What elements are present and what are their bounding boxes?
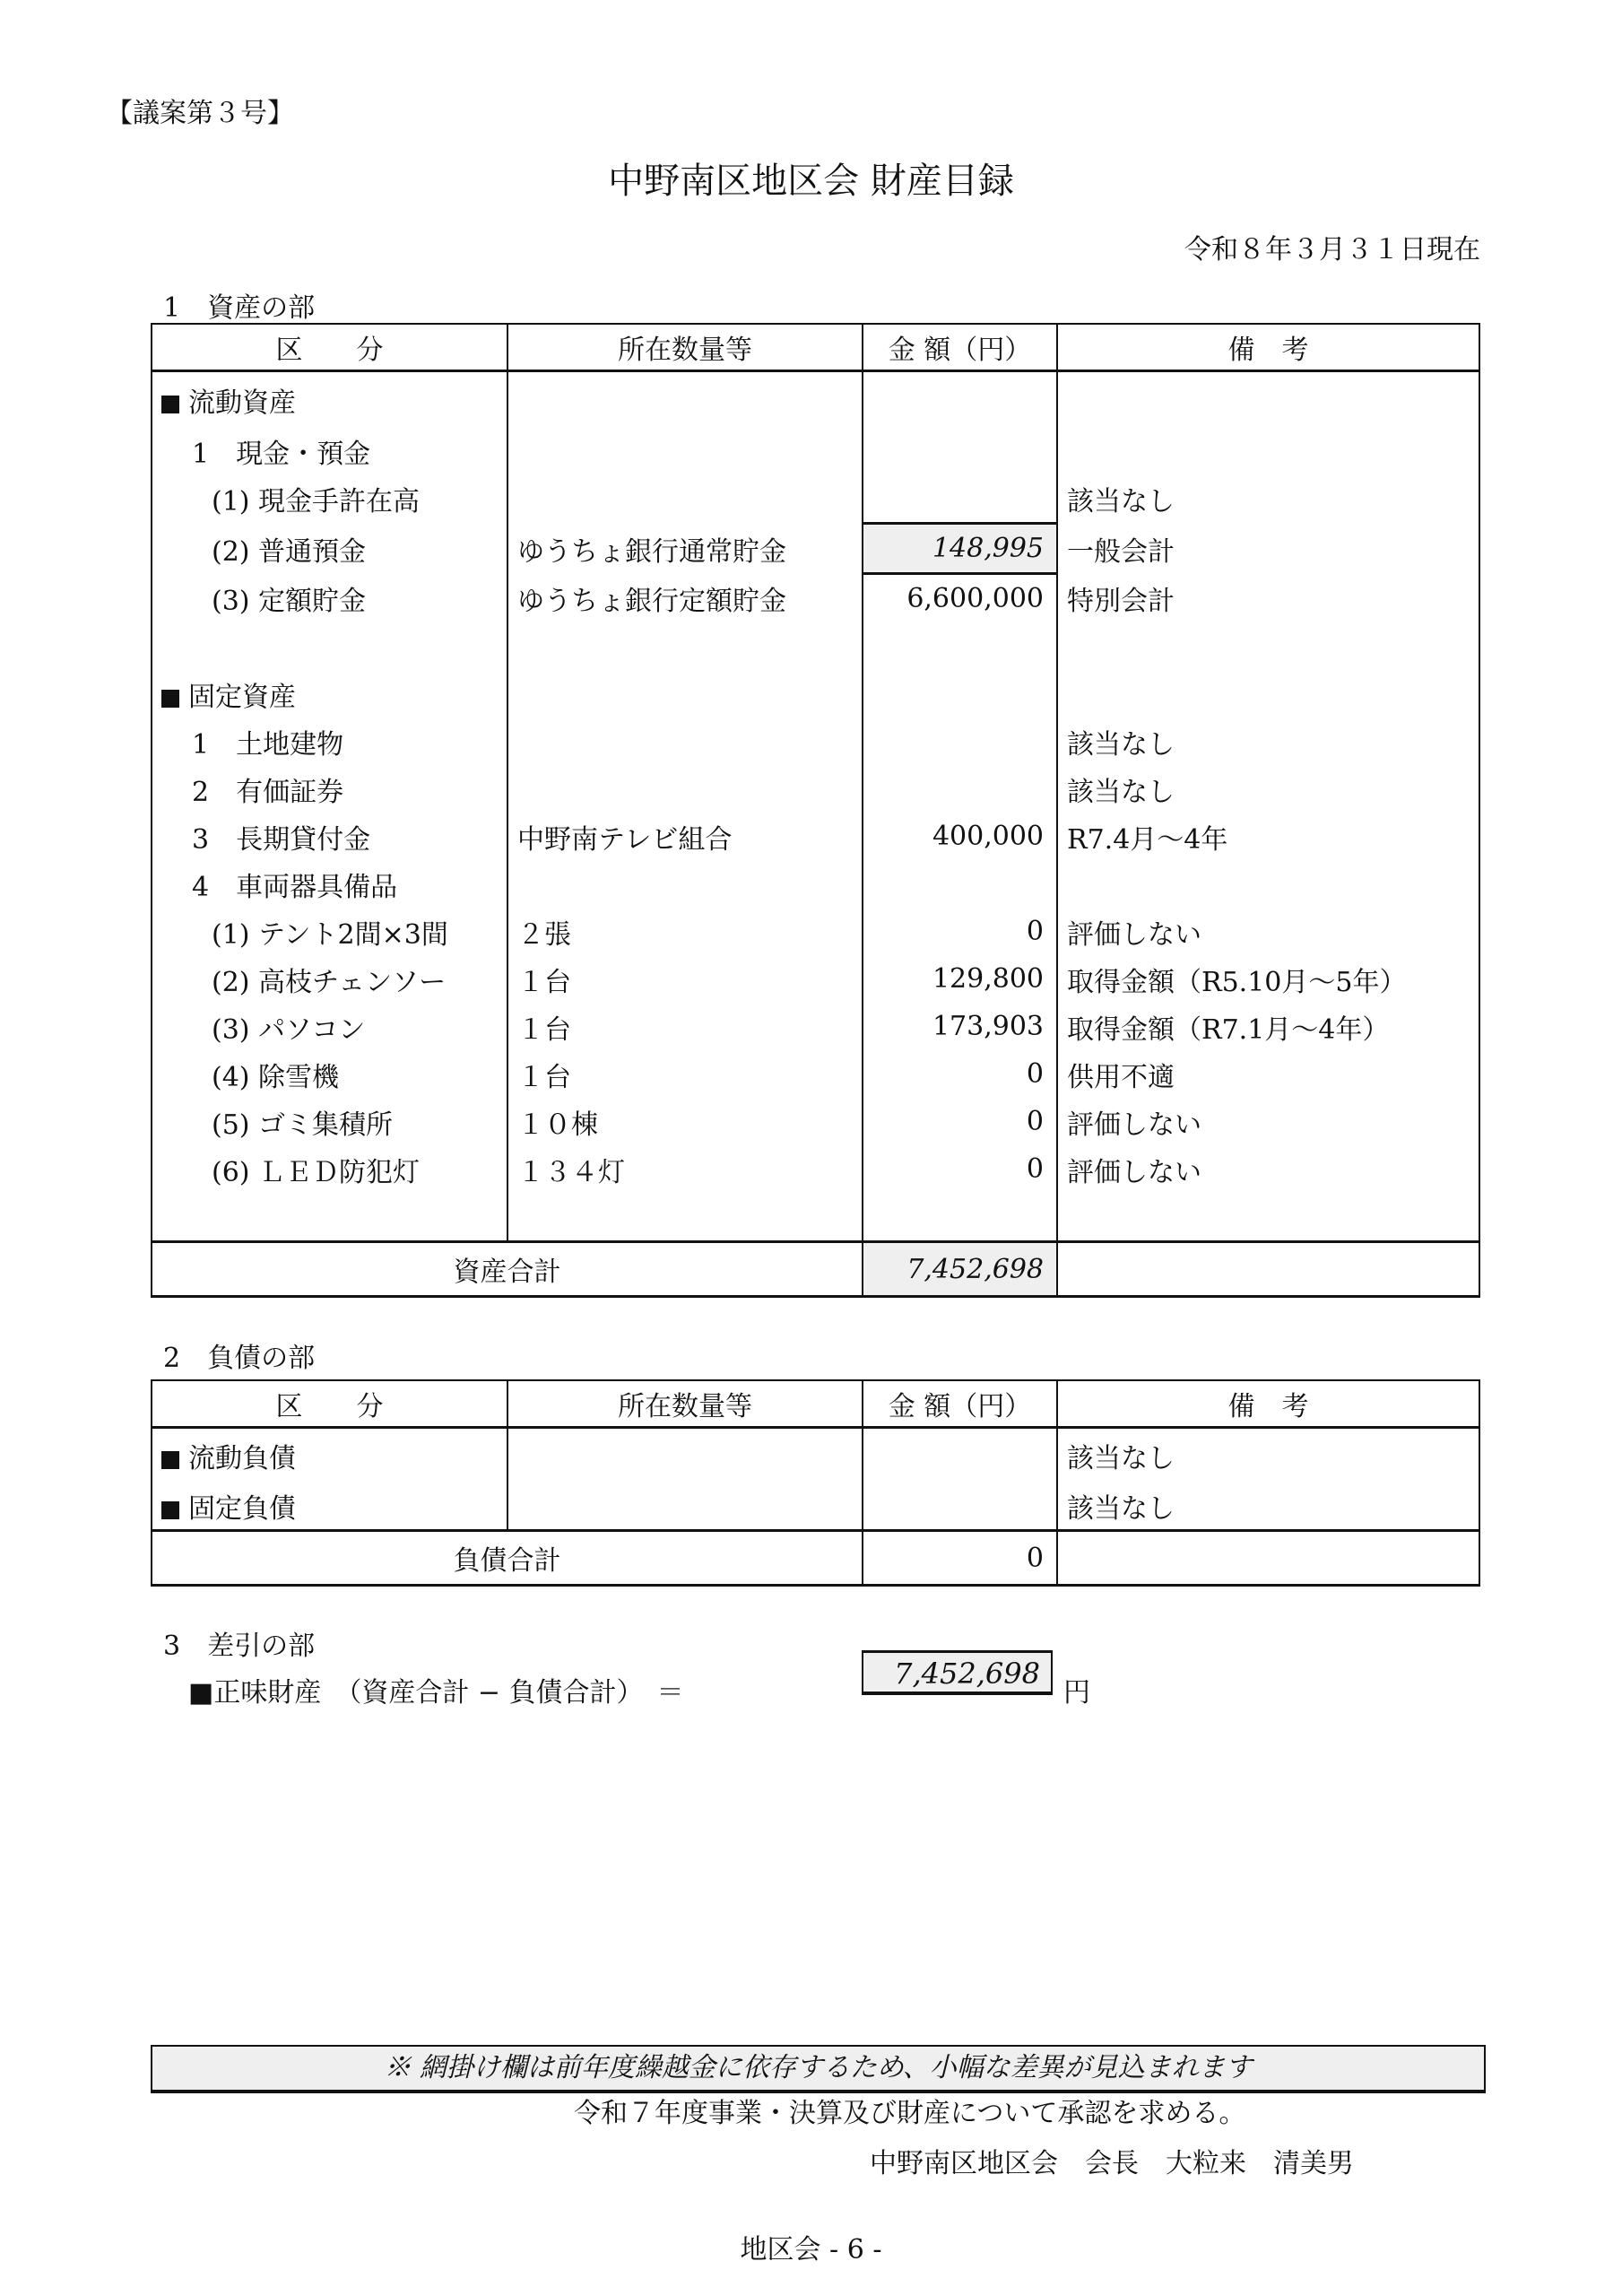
remarks-cell: R7.4月～4年 bbox=[1057, 813, 1479, 860]
table-row bbox=[152, 622, 1479, 670]
category-cell: 1 土地建物 bbox=[152, 717, 507, 765]
table-row: (1) 現金手許在高該当なし bbox=[152, 474, 1479, 524]
net-section-title: 3 差引の部 bbox=[163, 1623, 315, 1663]
net-assets-formula: ■正味財産 （資産合計 − 負債合計） ＝ bbox=[188, 1670, 684, 1709]
total-remarks bbox=[1057, 1242, 1479, 1297]
remarks-text: 該当なし bbox=[1067, 729, 1175, 761]
remarks-cell: 取得金額（R5.10月～5年） bbox=[1057, 955, 1479, 1003]
amount-cell bbox=[863, 1428, 1057, 1483]
category-text: (5) ゴミ集積所 bbox=[212, 1109, 393, 1141]
category-text: (2) 高枝チェンソー bbox=[212, 967, 446, 998]
remarks-cell: 該当なし bbox=[1057, 474, 1479, 524]
liabilities-table: 区 分 所在数量等 金 額（円） 備 考 流動負債該当なし固定負債該当なし負債合… bbox=[151, 1379, 1480, 1587]
table-row: 流動資産 bbox=[152, 371, 1479, 428]
table-row: (6) ＬＥＤ防犯灯１３４灯0評価しない bbox=[152, 1145, 1479, 1193]
category-cell: 流動負債 bbox=[152, 1428, 507, 1483]
table-row: (1) テント2間×3間２張0評価しない bbox=[152, 908, 1479, 955]
total-amount: 7,452,698 bbox=[863, 1242, 1057, 1297]
location-text: ゆうちょ銀行通常貯金 bbox=[517, 536, 786, 568]
category-text: 2 有価証券 bbox=[192, 777, 343, 808]
table-row: (3) 定額貯金ゆうちょ銀行定額貯金6,600,000特別会計 bbox=[152, 574, 1479, 623]
location-text: ゆうちょ銀行定額貯金 bbox=[517, 586, 786, 617]
remarks-cell: 供用不適 bbox=[1057, 1050, 1479, 1098]
black-square-icon bbox=[161, 396, 179, 413]
category-cell: (3) 定額貯金 bbox=[152, 574, 507, 623]
category-text: (3) 定額貯金 bbox=[212, 586, 366, 617]
category-text: 4 車両器具備品 bbox=[192, 872, 397, 903]
remarks-cell: 評価しない bbox=[1057, 908, 1479, 955]
location-cell: １台 bbox=[507, 1003, 863, 1050]
category-text: (4) 除雪機 bbox=[212, 1062, 339, 1093]
remarks-cell bbox=[1057, 1193, 1479, 1242]
remarks-cell bbox=[1057, 670, 1479, 717]
yen-unit: 円 bbox=[1063, 1670, 1090, 1709]
location-cell bbox=[507, 765, 863, 813]
location-cell: １３４灯 bbox=[507, 1145, 863, 1193]
table-row: 1 現金・預金 bbox=[152, 427, 1479, 474]
amount-text: 129,800 bbox=[932, 963, 1044, 995]
remarks-text: 該当なし bbox=[1067, 777, 1175, 808]
category-text: (1) 現金手許在高 bbox=[212, 486, 420, 517]
remarks-cell bbox=[1057, 371, 1479, 428]
amount-cell bbox=[863, 622, 1057, 670]
location-text: ２張 bbox=[517, 919, 571, 951]
table-row: 固定負債該当なし bbox=[152, 1483, 1479, 1531]
location-cell: １０棟 bbox=[507, 1098, 863, 1145]
liabilities-section-title: 2 負債の部 bbox=[163, 1335, 315, 1375]
table-row: (5) ゴミ集積所１０棟0評価しない bbox=[152, 1098, 1479, 1145]
location-cell bbox=[507, 1428, 863, 1483]
amount-cell: 0 bbox=[863, 1145, 1057, 1193]
amount-cell bbox=[863, 427, 1057, 474]
remarks-text: 取得金額（R5.10月～5年） bbox=[1067, 967, 1406, 998]
amount-cell: 6,600,000 bbox=[863, 574, 1057, 623]
signature: 中野南区地区会 会長 大粒来 清美男 bbox=[870, 2151, 1354, 2178]
category-text: 1 現金・預金 bbox=[192, 439, 370, 470]
remarks-cell: 特別会計 bbox=[1057, 574, 1479, 623]
table-row: 流動負債該当なし bbox=[152, 1428, 1479, 1483]
category-text: 固定資産 bbox=[188, 682, 296, 713]
location-cell bbox=[507, 860, 863, 908]
amount-text: 0 bbox=[1027, 916, 1044, 947]
category-cell: 流動資産 bbox=[152, 371, 507, 428]
category-text: (1) テント2間×3間 bbox=[212, 919, 448, 951]
total-row: 資産合計7,452,698 bbox=[152, 1242, 1479, 1297]
category-text: 流動負債 bbox=[188, 1443, 296, 1474]
total-remarks bbox=[1057, 1531, 1479, 1586]
category-text: (2) 普通預金 bbox=[212, 536, 366, 568]
col-header-category: 区 分 bbox=[152, 1380, 507, 1428]
amount-text: 173,903 bbox=[932, 1011, 1044, 1042]
category-text: 流動資産 bbox=[188, 387, 296, 419]
remarks-text: R7.4月～4年 bbox=[1067, 824, 1227, 856]
category-cell: 固定負債 bbox=[152, 1483, 507, 1531]
amount-cell: 0 bbox=[863, 908, 1057, 955]
category-cell: (6) ＬＥＤ防犯灯 bbox=[152, 1145, 507, 1193]
amount-cell bbox=[863, 765, 1057, 813]
location-cell bbox=[507, 1483, 863, 1531]
category-cell bbox=[152, 622, 507, 670]
amount-cell bbox=[863, 670, 1057, 717]
net-assets-amount: 7,452,698 bbox=[862, 1650, 1053, 1695]
remarks-cell: 一般会計 bbox=[1057, 524, 1479, 574]
location-text: １台 bbox=[517, 967, 571, 998]
location-text: １台 bbox=[517, 1014, 571, 1046]
col-header-remarks: 備 考 bbox=[1057, 324, 1479, 371]
category-cell: 3 長期貸付金 bbox=[152, 813, 507, 860]
amount-text: 148,995 bbox=[932, 533, 1044, 564]
black-square-icon bbox=[161, 690, 179, 708]
table-row: (3) パソコン１台173,903取得金額（R7.1月～4年） bbox=[152, 1003, 1479, 1050]
table-header-row: 区 分 所在数量等 金 額（円） 備 考 bbox=[152, 324, 1479, 371]
table-row: (4) 除雪機１台0供用不適 bbox=[152, 1050, 1479, 1098]
page-number: 地区会 - 6 - bbox=[0, 2237, 1622, 2264]
amount-text: 0 bbox=[1027, 1106, 1044, 1137]
amount-text: 6,600,000 bbox=[906, 583, 1044, 614]
amount-cell: 0 bbox=[863, 1050, 1057, 1098]
remarks-text: 一般会計 bbox=[1067, 536, 1175, 568]
location-cell: ゆうちょ銀行定額貯金 bbox=[507, 574, 863, 623]
category-cell: 2 有価証券 bbox=[152, 765, 507, 813]
col-header-amount: 金 額（円） bbox=[863, 1380, 1057, 1428]
shading-note: ※ 網掛け欄は前年度繰越金に依存するため、小幅な差異が見込まれます bbox=[151, 2045, 1486, 2093]
amount-cell: 129,800 bbox=[863, 955, 1057, 1003]
black-square-icon bbox=[161, 1501, 179, 1519]
remarks-text: 評価しない bbox=[1067, 919, 1201, 951]
category-cell: (4) 除雪機 bbox=[152, 1050, 507, 1098]
col-header-amount: 金 額（円） bbox=[863, 324, 1057, 371]
amount-cell bbox=[863, 1483, 1057, 1531]
approval-text: 令和７年度事業・決算及び財産について承認を求める。 bbox=[574, 2100, 1245, 2127]
table-row: 4 車両器具備品 bbox=[152, 860, 1479, 908]
location-cell: ゆうちょ銀行通常貯金 bbox=[507, 524, 863, 574]
remarks-text: 供用不適 bbox=[1067, 1062, 1175, 1093]
location-text: １０棟 bbox=[517, 1109, 598, 1141]
total-label: 資産合計 bbox=[152, 1242, 863, 1297]
location-cell bbox=[507, 1193, 863, 1242]
table-header-row: 区 分 所在数量等 金 額（円） 備 考 bbox=[152, 1380, 1479, 1428]
remarks-text: 特別会計 bbox=[1067, 586, 1175, 617]
amount-text: 400,000 bbox=[932, 821, 1044, 852]
amount-text: 0 bbox=[1027, 1058, 1044, 1090]
remarks-cell bbox=[1057, 427, 1479, 474]
category-cell: (2) 高枝チェンソー bbox=[152, 955, 507, 1003]
remarks-text: 評価しない bbox=[1067, 1109, 1201, 1141]
table-row: (2) 普通預金ゆうちょ銀行通常貯金148,995一般会計 bbox=[152, 524, 1479, 574]
remarks-cell: 該当なし bbox=[1057, 1483, 1479, 1531]
table-row: 2 有価証券該当なし bbox=[152, 765, 1479, 813]
col-header-category: 区 分 bbox=[152, 324, 507, 371]
location-cell: ２張 bbox=[507, 908, 863, 955]
category-text: 1 土地建物 bbox=[192, 729, 343, 761]
category-cell: (5) ゴミ集積所 bbox=[152, 1098, 507, 1145]
col-header-location: 所在数量等 bbox=[507, 1380, 863, 1428]
location-cell bbox=[507, 427, 863, 474]
category-cell: (1) 現金手許在高 bbox=[152, 474, 507, 524]
amount-cell bbox=[863, 1193, 1057, 1242]
category-cell: 4 車両器具備品 bbox=[152, 860, 507, 908]
remarks-cell bbox=[1057, 622, 1479, 670]
location-cell bbox=[507, 474, 863, 524]
total-row: 負債合計0 bbox=[152, 1531, 1479, 1586]
amount-cell: 0 bbox=[863, 1098, 1057, 1145]
category-cell: (3) パソコン bbox=[152, 1003, 507, 1050]
category-cell: (2) 普通預金 bbox=[152, 524, 507, 574]
amount-cell: 173,903 bbox=[863, 1003, 1057, 1050]
location-text: １３４灯 bbox=[517, 1157, 625, 1188]
amount-cell bbox=[863, 717, 1057, 765]
remarks-text: 取得金額（R7.1月～4年） bbox=[1067, 1014, 1389, 1046]
agenda-label: 【議案第３号】 bbox=[106, 100, 294, 127]
remarks-text: 該当なし bbox=[1067, 1493, 1175, 1525]
table-row: 3 長期貸付金中野南テレビ組合400,000R7.4月～4年 bbox=[152, 813, 1479, 860]
remarks-cell: 該当なし bbox=[1057, 765, 1479, 813]
page-title: 中野南区地区会 財産目録 bbox=[0, 163, 1622, 199]
category-cell: (1) テント2間×3間 bbox=[152, 908, 507, 955]
amount-cell: 148,995 bbox=[863, 524, 1057, 574]
black-square-icon bbox=[161, 1451, 179, 1469]
location-cell bbox=[507, 717, 863, 765]
total-amount: 0 bbox=[863, 1531, 1057, 1586]
remarks-cell: 該当なし bbox=[1057, 1428, 1479, 1483]
assets-table: 区 分 所在数量等 金 額（円） 備 考 流動資産1 現金・預金(1) 現金手許… bbox=[151, 323, 1480, 1298]
location-cell: １台 bbox=[507, 1050, 863, 1098]
location-text: １台 bbox=[517, 1062, 571, 1093]
remarks-cell bbox=[1057, 860, 1479, 908]
amount-cell bbox=[863, 371, 1057, 428]
category-text: 固定負債 bbox=[188, 1493, 296, 1525]
remarks-cell: 該当なし bbox=[1057, 717, 1479, 765]
location-text: 中野南テレビ組合 bbox=[517, 824, 732, 856]
remarks-text: 評価しない bbox=[1067, 1157, 1201, 1188]
category-text: (3) パソコン bbox=[212, 1014, 365, 1046]
remarks-text: 該当なし bbox=[1067, 1443, 1175, 1474]
category-cell bbox=[152, 1193, 507, 1242]
as-of-date: 令和８年３月３１日現在 bbox=[1184, 237, 1480, 264]
table-row bbox=[152, 1193, 1479, 1242]
remarks-text: 該当なし bbox=[1067, 486, 1175, 517]
category-text: (6) ＬＥＤ防犯灯 bbox=[212, 1157, 420, 1188]
category-cell: 固定資産 bbox=[152, 670, 507, 717]
col-header-location: 所在数量等 bbox=[507, 324, 863, 371]
location-cell bbox=[507, 371, 863, 428]
table-row: (2) 高枝チェンソー１台129,800取得金額（R5.10月～5年） bbox=[152, 955, 1479, 1003]
amount-cell bbox=[863, 860, 1057, 908]
assets-section-title: 1 資産の部 bbox=[163, 285, 315, 325]
total-label: 負債合計 bbox=[152, 1531, 863, 1586]
amount-cell bbox=[863, 474, 1057, 524]
remarks-cell: 取得金額（R7.1月～4年） bbox=[1057, 1003, 1479, 1050]
category-cell: 1 現金・預金 bbox=[152, 427, 507, 474]
location-cell bbox=[507, 622, 863, 670]
location-cell: １台 bbox=[507, 955, 863, 1003]
location-cell bbox=[507, 670, 863, 717]
amount-text: 0 bbox=[1027, 1153, 1044, 1185]
category-text: 3 長期貸付金 bbox=[192, 824, 370, 856]
remarks-cell: 評価しない bbox=[1057, 1098, 1479, 1145]
table-row: 1 土地建物該当なし bbox=[152, 717, 1479, 765]
table-row: 固定資産 bbox=[152, 670, 1479, 717]
amount-cell: 400,000 bbox=[863, 813, 1057, 860]
location-cell: 中野南テレビ組合 bbox=[507, 813, 863, 860]
remarks-cell: 評価しない bbox=[1057, 1145, 1479, 1193]
col-header-remarks: 備 考 bbox=[1057, 1380, 1479, 1428]
